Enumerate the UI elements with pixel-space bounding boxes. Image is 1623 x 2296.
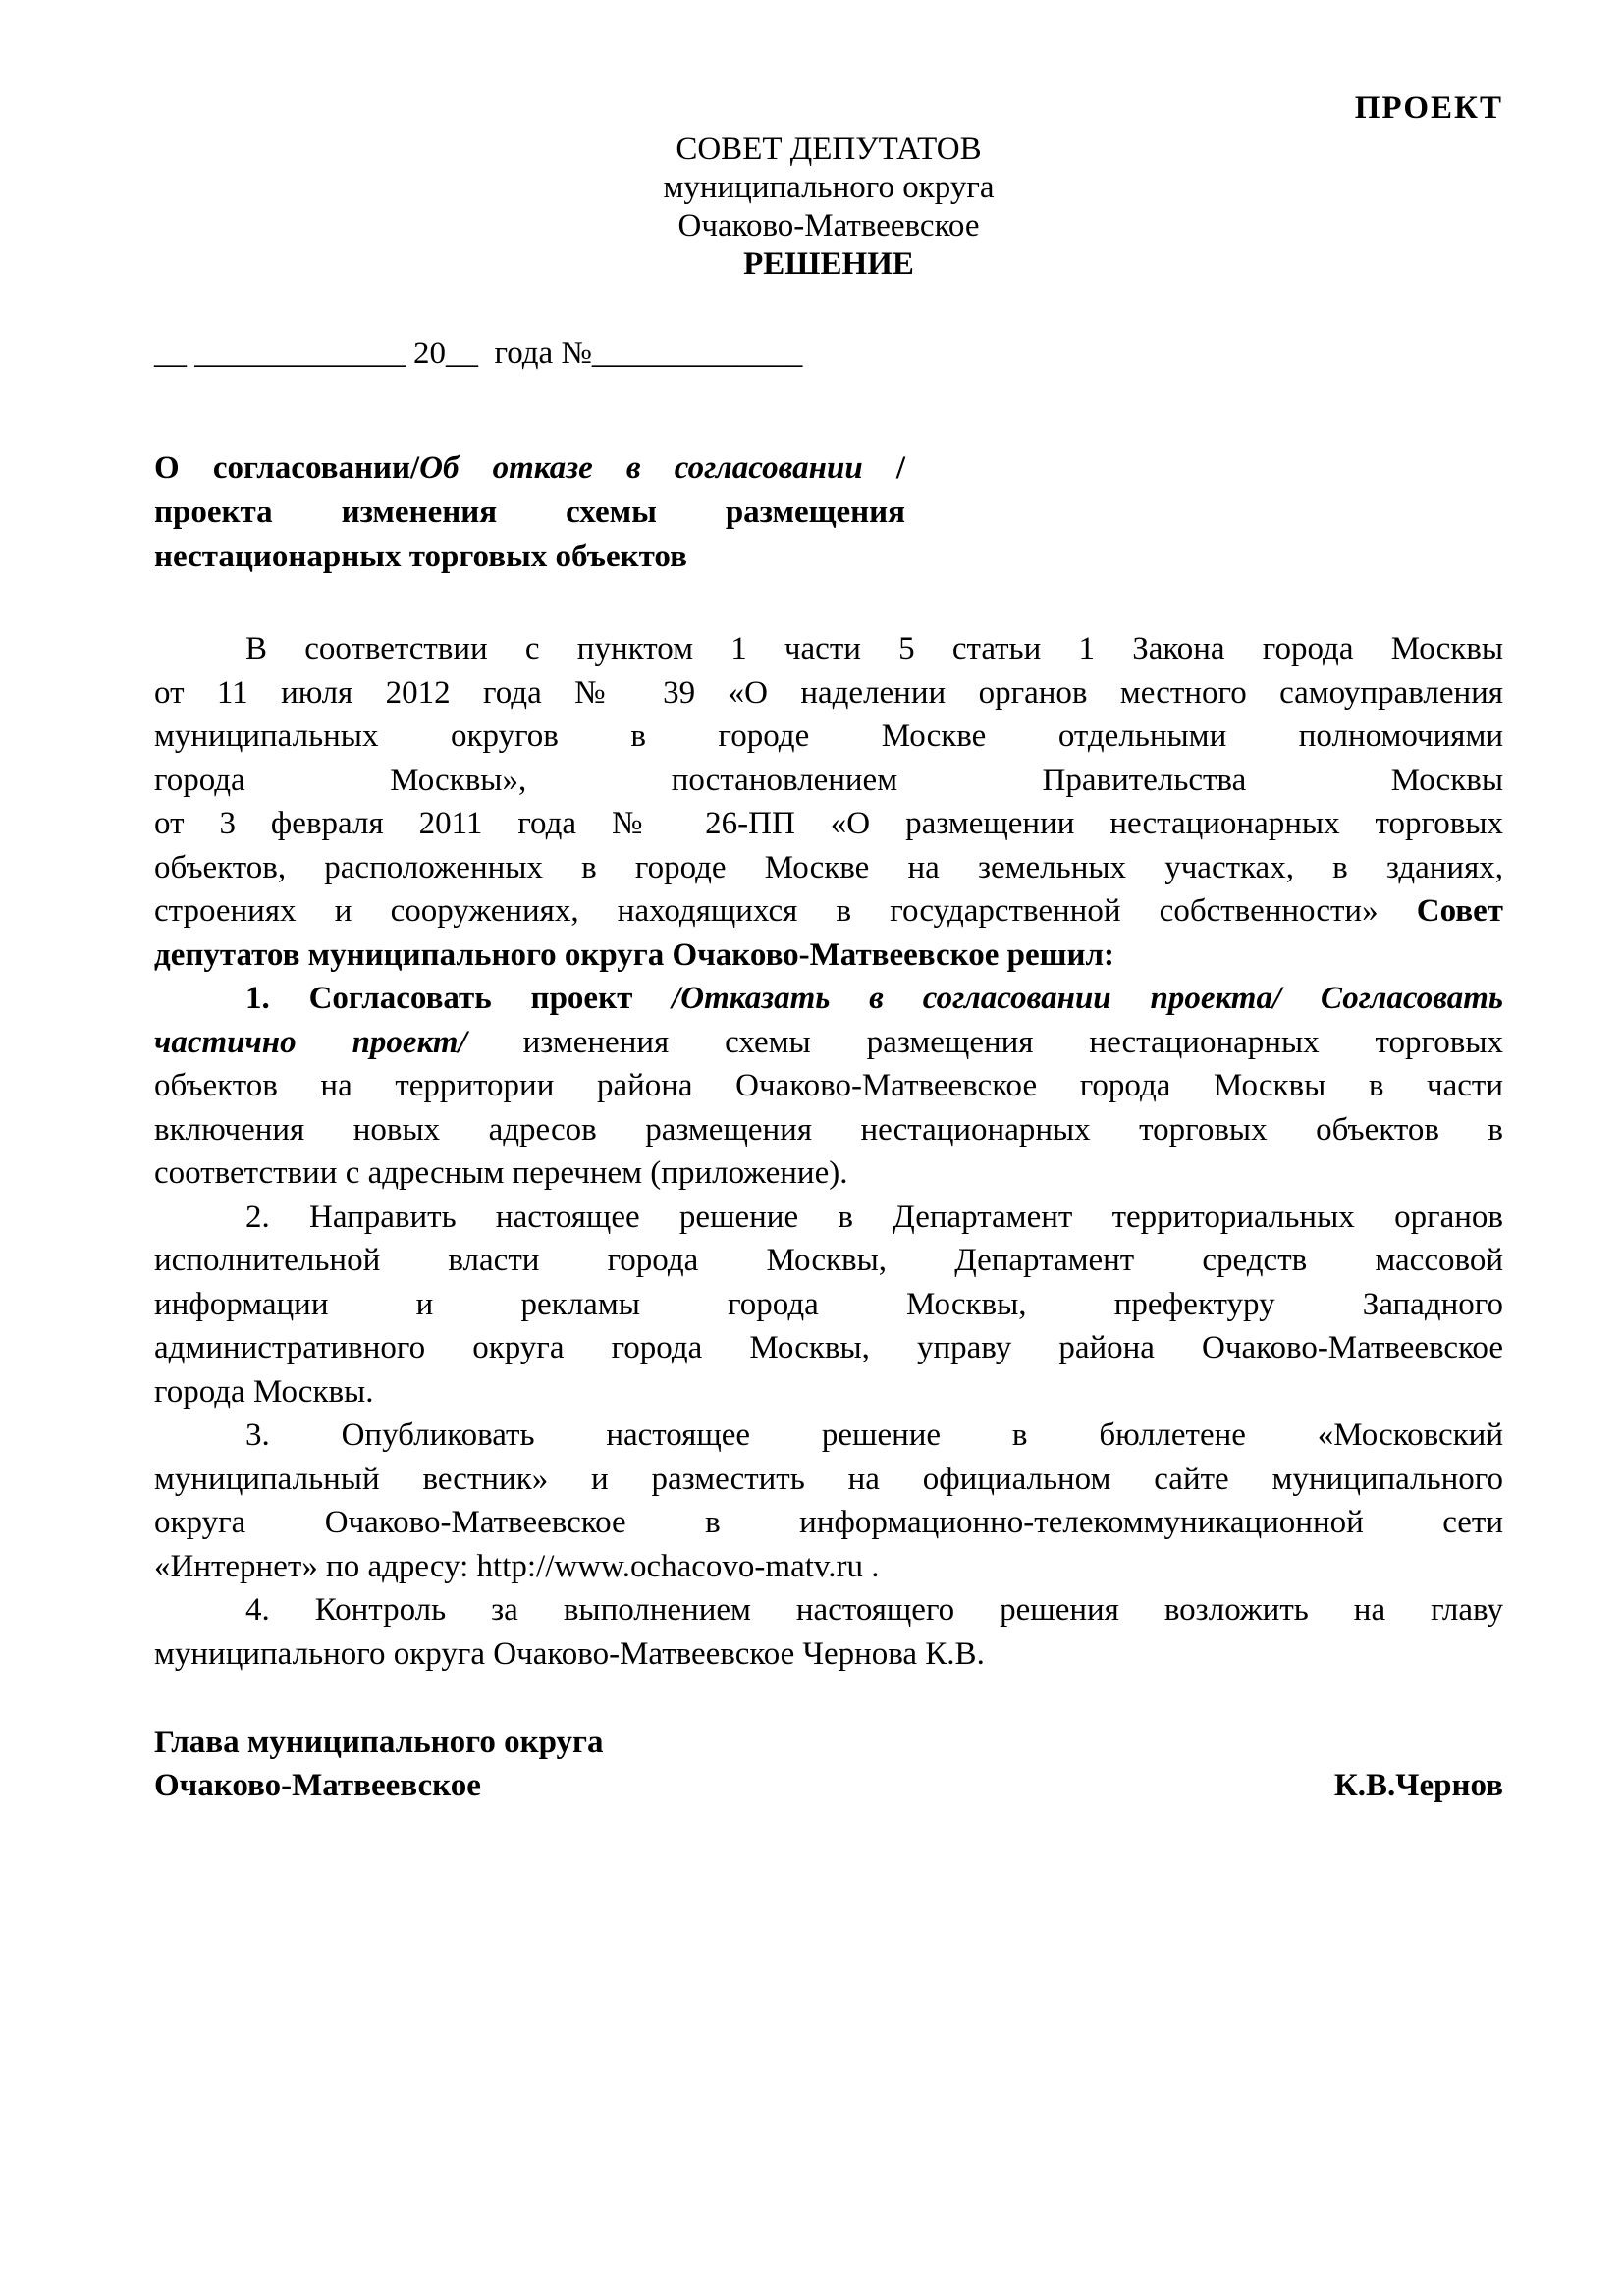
text-run: Совет <box>1417 893 1503 929</box>
text-run: включения новых адресов размещения неста… <box>154 1112 1503 1148</box>
text-line: города Москвы. <box>154 1370 1503 1415</box>
text-line: нестационарных торговых объектов <box>154 535 905 579</box>
text-line: от 3 февраля 2011 года № 26-ПП «О размещ… <box>154 802 1503 846</box>
text-run: О согласовании/ <box>154 451 419 486</box>
text-run: Об отказе в согласовании <box>419 451 863 486</box>
text-line: объектов, расположенных в городе Москве … <box>154 846 1503 890</box>
doc-type: РЕШЕНИЕ <box>154 245 1503 284</box>
text-line: 2. Направить настоящее решение в Департа… <box>154 1196 1503 1240</box>
org-type: муниципального округа <box>154 169 1503 207</box>
text-run: частично проект/ <box>154 1025 523 1060</box>
text-run: от 11 июля 2012 года № 39 «О наделении о… <box>154 675 1503 711</box>
text-run: муниципального округа Очаково-Матвеевско… <box>154 1636 985 1672</box>
paragraph: 4. Контроль за выполнением настоящего ре… <box>154 1588 1503 1676</box>
text-run: 4. Контроль за выполнением настоящего ре… <box>245 1592 1503 1628</box>
text-run: округа Очаково-Матвеевское в информацион… <box>154 1505 1503 1540</box>
signature-title-line2: Очаково-Матвеевское <box>154 1764 481 1807</box>
signature-name: К.В.Чернов <box>1334 1764 1503 1807</box>
date-number-line: __ _____________ 20__ года №____________… <box>154 332 1503 376</box>
subject-heading: О согласовании/Об отказе в согласовании … <box>154 447 905 579</box>
text-run: изменения схемы размещения нестационарны… <box>523 1025 1503 1060</box>
text-run: 3. Опубликовать настоящее решение в бюлл… <box>245 1417 1503 1453</box>
text-line: соответствии с адресным перечнем (прилож… <box>154 1151 1503 1196</box>
text-run: проекта изменения схемы размещения <box>154 495 905 530</box>
org-name: Очаково-Матвеевское <box>154 207 1503 245</box>
text-run: / <box>863 451 905 486</box>
signature-title-line1: Глава муниципального округа <box>154 1721 1503 1764</box>
text-run: от 3 февраля 2011 года № 26-ПП «О размещ… <box>154 806 1503 841</box>
text-run: 2. Направить настоящее решение в Департа… <box>245 1200 1503 1235</box>
text-line: В соответствии с пунктом 1 части 5 стать… <box>154 627 1503 671</box>
text-run: /Отказать в согласовании проекта/ Соглас… <box>672 981 1503 1016</box>
text-run: исполнительной власти города Москвы, Деп… <box>154 1243 1503 1278</box>
text-line: объектов на территории района Очаково-Ма… <box>154 1064 1503 1108</box>
text-line: проекта изменения схемы размещения <box>154 491 905 535</box>
text-run: соответствии с адресным перечнем (прилож… <box>154 1155 847 1191</box>
text-line: муниципального округа Очаково-Матвеевско… <box>154 1632 1503 1677</box>
document-content: ПРОЕКТ СОВЕТ ДЕПУТАТОВ муниципального ок… <box>154 86 1503 1807</box>
text-line: округа Очаково-Матвеевское в информацион… <box>154 1501 1503 1545</box>
text-run: строениях и сооружениях, находящихся в г… <box>154 893 1417 929</box>
text-run: В соответствии с пунктом 1 части 5 стать… <box>245 631 1503 667</box>
text-run: депутатов муниципального округа Очаково-… <box>154 937 1114 973</box>
project-label: ПРОЕКТ <box>154 86 1503 131</box>
text-line: 4. Контроль за выполнением настоящего ре… <box>154 1588 1503 1632</box>
text-line: 3. Опубликовать настоящее решение в бюлл… <box>154 1414 1503 1458</box>
body-text: В соответствии с пунктом 1 части 5 стать… <box>154 627 1503 1676</box>
document-header: СОВЕТ ДЕПУТАТОВ муниципального округа Оч… <box>154 131 1503 284</box>
text-line: О согласовании/Об отказе в согласовании … <box>154 447 905 491</box>
signature-row: Очаково-Матвеевское К.В.Чернов <box>154 1764 1503 1807</box>
text-line: муниципальный вестник» и разместить на о… <box>154 1458 1503 1502</box>
text-line: «Интернет» по адресу: http://www.ochacov… <box>154 1545 1503 1589</box>
text-line: включения новых адресов размещения неста… <box>154 1108 1503 1152</box>
text-run: города Москвы», постановлением Правитель… <box>154 763 1503 798</box>
text-run: муниципальный вестник» и разместить на о… <box>154 1462 1503 1497</box>
text-run: города Москвы. <box>154 1374 373 1410</box>
text-line: строениях и сооружениях, находящихся в г… <box>154 889 1503 934</box>
text-line: депутатов муниципального округа Очаково-… <box>154 934 1503 978</box>
text-line: 1. Согласовать проект /Отказать в соглас… <box>154 977 1503 1021</box>
text-run: административного округа города Москвы, … <box>154 1330 1503 1365</box>
text-run: объектов, расположенных в городе Москве … <box>154 850 1503 885</box>
text-line: города Москвы», постановлением Правитель… <box>154 759 1503 803</box>
council-name: СОВЕТ ДЕПУТАТОВ <box>154 131 1503 169</box>
text-line: административного округа города Москвы, … <box>154 1326 1503 1370</box>
text-line: информации и рекламы города Москвы, преф… <box>154 1283 1503 1327</box>
paragraph: 1. Согласовать проект /Отказать в соглас… <box>154 977 1503 1196</box>
text-line: от 11 июля 2012 года № 39 «О наделении о… <box>154 671 1503 716</box>
text-run: 1. Согласовать проект <box>245 981 672 1016</box>
paragraph: 2. Направить настоящее решение в Департа… <box>154 1196 1503 1415</box>
signature-block: Глава муниципального округа Очаково-Матв… <box>154 1721 1503 1807</box>
text-run: объектов на территории района Очаково-Ма… <box>154 1068 1503 1103</box>
text-line: частично проект/ изменения схемы размеще… <box>154 1021 1503 1065</box>
text-line: муниципальных округов в городе Москве от… <box>154 715 1503 759</box>
text-run: «Интернет» по адресу: http://www.ochacov… <box>154 1549 880 1584</box>
document-page: ПРОЕКТ СОВЕТ ДЕПУТАТОВ муниципального ок… <box>0 0 1623 2296</box>
paragraph: 3. Опубликовать настоящее решение в бюлл… <box>154 1414 1503 1588</box>
paragraph: В соответствии с пунктом 1 части 5 стать… <box>154 627 1503 977</box>
text-line: исполнительной власти города Москвы, Деп… <box>154 1239 1503 1283</box>
text-run: муниципальных округов в городе Москве от… <box>154 719 1503 754</box>
text-run: нестационарных торговых объектов <box>154 539 687 574</box>
text-run: информации и рекламы города Москвы, преф… <box>154 1287 1503 1322</box>
